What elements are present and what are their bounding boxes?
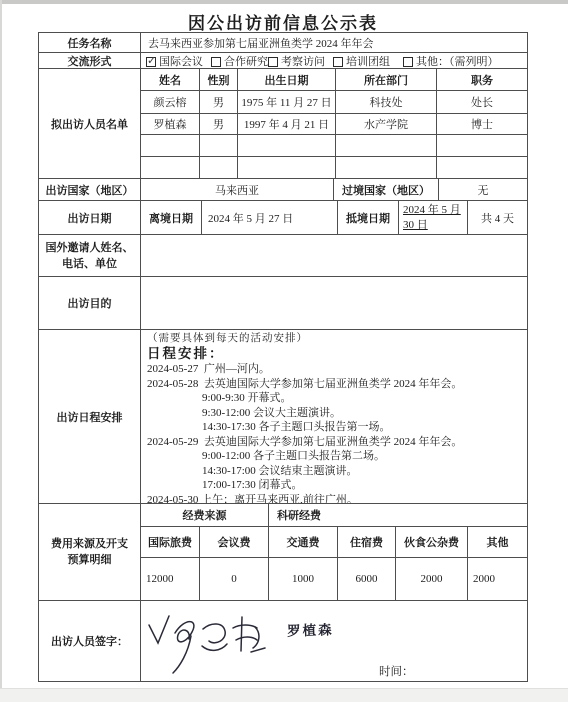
itinerary-line: 2024-05-28 去英迪国际大学参加第七届亚洲鱼类学 2024 年年会。	[147, 377, 523, 392]
table-row: 颜云榕 男 1975 年 11 月 27 日 科技处 处长	[141, 91, 527, 114]
time-label: 时间：	[379, 663, 414, 679]
value-conference-fee: 0	[200, 558, 269, 600]
cell-birthdate: 1975 年 11 月 27 日	[238, 91, 336, 113]
itinerary-line: 9:00-12:00 各子主题口头报告第二场。	[147, 449, 523, 464]
exchange-form-label: 交流形式	[39, 53, 141, 68]
signature-label: 出访人员签字：	[39, 601, 141, 681]
visit-country-value: 马来西亚	[141, 179, 334, 200]
budget-values-row: 12000 0 1000 6000 2000 2000	[141, 558, 527, 600]
cell-department: 水产学院	[336, 114, 437, 134]
itinerary-label: 出访日程安排	[39, 330, 141, 503]
empty-checkbox-icon	[333, 57, 343, 67]
itinerary-row: 出访日程安排 （需要具体到每天的活动安排） 日程安排： 2024-05-27 广…	[39, 330, 527, 504]
scan-edge-bottom	[0, 688, 568, 702]
budget-header-row: 国际旅费 会议费 交通费 住宿费 伙食公杂费 其他	[141, 527, 527, 558]
col-header-lodging-fee: 住宿费	[338, 527, 396, 557]
signature-area: 罗植森 时间：	[141, 601, 527, 681]
signature-scrawl-icon	[145, 609, 285, 675]
value-lodging-fee: 6000	[338, 558, 396, 600]
scan-edge-top	[0, 0, 568, 4]
personnel-label: 拟出访人员名单	[39, 69, 141, 178]
cell-name: 颜云榕	[141, 91, 200, 113]
task-name-row: 任务名称 去马来西亚参加第七届亚洲鱼类学 2024 年年会	[39, 33, 527, 53]
cell-birthdate: 1997 年 4 月 21 日	[238, 114, 336, 134]
empty-checkbox-icon	[403, 57, 413, 67]
budget-label-line2: 预算明细	[68, 552, 112, 568]
cell-position	[437, 135, 527, 156]
option-label: 合作研究	[224, 53, 268, 68]
purpose-row: 出访目的	[39, 277, 527, 330]
exchange-options: 国际会议 合作研究 考察访问 培训团组 其他：（需列明）	[141, 53, 499, 68]
option-label: 国际会议	[159, 53, 203, 68]
col-header-position: 职务	[437, 69, 527, 90]
col-header-gender: 性别	[200, 69, 238, 90]
departure-date-label: 离境日期	[141, 201, 202, 234]
value-meals-misc-fee: 2000	[396, 558, 468, 600]
cell-name	[141, 157, 200, 178]
countries-row: 出访国家（地区） 马来西亚 过境国家（地区） 无	[39, 179, 527, 201]
trip-duration: 共 4 天	[468, 201, 527, 234]
col-header-department: 所在部门	[336, 69, 437, 90]
option-other: 其他：（需列明）	[403, 53, 499, 68]
option-label: 培训团组	[346, 53, 390, 68]
cell-position	[437, 157, 527, 178]
personnel-row: 拟出访人员名单 姓名 性别 出生日期 所在部门 职务 颜云榕 男 1975 年 …	[39, 69, 527, 179]
col-header-intl-travel: 国际旅费	[141, 527, 200, 557]
visit-date-label: 出访日期	[39, 201, 141, 234]
option-label: 其他：（需列明）	[416, 53, 499, 68]
itinerary-note: （需要具体到每天的活动安排）	[147, 332, 523, 345]
visit-info-form: 任务名称 去马来西亚参加第七届亚洲鱼类学 2024 年年会 交流形式 国际会议 …	[38, 32, 528, 682]
itinerary-line: 14:30-17:00 会议结束主题演讲。	[147, 464, 523, 479]
inviter-row: 国外邀请人姓名、 电话、单位	[39, 235, 527, 277]
inviter-label-line1: 国外邀请人姓名、	[46, 240, 134, 256]
arrival-date-line1: 2024 年 5 月	[403, 203, 461, 218]
empty-checkbox-icon	[211, 57, 221, 67]
budget-label: 费用来源及开支 预算明细	[39, 504, 141, 600]
value-transport-fee: 1000	[269, 558, 338, 600]
arrival-date-label: 抵境日期	[338, 201, 399, 234]
scan-edge-left	[0, 0, 2, 690]
itinerary-line: 9:00-9:30 开幕式。	[147, 391, 523, 406]
personnel-header-row: 姓名 性别 出生日期 所在部门 职务	[141, 69, 527, 91]
budget-group-row: 经费来源 科研经费	[141, 504, 527, 527]
page-title: 因公出访前信息公示表	[38, 9, 528, 34]
option-international-conference: 国际会议	[146, 53, 203, 68]
col-header-name: 姓名	[141, 69, 200, 90]
funding-source-group: 经费来源	[141, 504, 269, 526]
dates-row: 出访日期 离境日期 2024 年 5 月 27 日 抵境日期 2024 年 5 …	[39, 201, 527, 235]
handwritten-name: 罗植森	[287, 618, 334, 640]
inviter-label: 国外邀请人姓名、 电话、单位	[39, 235, 141, 276]
research-funds-group: 科研经费	[269, 504, 527, 526]
itinerary-line: 17:00-17:30 闭幕式。	[147, 478, 523, 493]
option-cooperative-research: 合作研究	[211, 53, 268, 68]
empty-checkbox-icon	[268, 57, 278, 67]
cell-gender	[200, 135, 238, 156]
table-row: 罗植森 男 1997 年 4 月 21 日 水产学院 博士	[141, 114, 527, 135]
col-header-conference-fee: 会议费	[200, 527, 269, 557]
option-label: 考察访问	[281, 53, 325, 68]
itinerary-line: 9:30-12:00 会议大主题演讲。	[147, 406, 523, 421]
itinerary-heading: 日程安排：	[147, 345, 523, 362]
table-row	[141, 157, 527, 178]
col-header-other: 其他	[468, 527, 527, 557]
task-name-value: 去马来西亚参加第七届亚洲鱼类学 2024 年年会	[141, 33, 374, 52]
table-row	[141, 135, 527, 157]
exchange-form-row: 交流形式 国际会议 合作研究 考察访问 培训团组 其他：（需列明）	[39, 53, 527, 69]
value-other: 2000	[468, 558, 527, 600]
cell-department: 科技处	[336, 91, 437, 113]
budget-label-line1: 费用来源及开支	[51, 536, 128, 552]
itinerary-line: 14:30-17:30 各子主题口头报告第一场。	[147, 420, 523, 435]
col-header-birthdate: 出生日期	[238, 69, 336, 90]
departure-date-value: 2024 年 5 月 27 日	[202, 201, 338, 234]
visit-country-label: 出访国家（地区）	[39, 179, 141, 200]
budget-table: 经费来源 科研经费 国际旅费 会议费 交通费 住宿费 伙食公杂费 其他 1200…	[141, 504, 527, 600]
option-inspection-visit: 考察访问	[268, 53, 325, 68]
personnel-table: 姓名 性别 出生日期 所在部门 职务 颜云榕 男 1975 年 11 月 27 …	[141, 69, 527, 178]
cell-department	[336, 135, 437, 156]
checked-checkbox-icon	[146, 57, 156, 67]
budget-row: 费用来源及开支 预算明细 经费来源 科研经费 国际旅费 会议费 交通费 住宿费 …	[39, 504, 527, 601]
value-intl-travel: 12000	[141, 558, 200, 600]
inviter-label-line2: 电话、单位	[62, 256, 117, 272]
cell-position: 处长	[437, 91, 527, 113]
cell-name: 罗植森	[141, 114, 200, 134]
itinerary-line: 2024-05-30 上午：离开马来西亚,前往广州。	[147, 493, 523, 504]
arrival-date-line2: 30 日	[403, 218, 428, 233]
cell-name	[141, 135, 200, 156]
cell-gender: 男	[200, 114, 238, 134]
col-header-meals-misc-fee: 伙食公杂费	[396, 527, 468, 557]
signature-row: 出访人员签字： 罗植森 时间：	[39, 601, 527, 681]
itinerary-content: （需要具体到每天的活动安排） 日程安排： 2024-05-27 广州—河内。 2…	[141, 330, 527, 503]
cell-gender: 男	[200, 91, 238, 113]
col-header-transport-fee: 交通费	[269, 527, 338, 557]
task-name-label: 任务名称	[39, 33, 141, 52]
cell-department	[336, 157, 437, 178]
transit-country-value: 无	[439, 179, 527, 200]
arrival-date-value: 2024 年 5 月 30 日	[399, 201, 468, 234]
cell-birthdate	[238, 157, 336, 178]
itinerary-line: 2024-05-27 广州—河内。	[147, 362, 523, 377]
option-training-group: 培训团组	[333, 53, 390, 68]
cell-birthdate	[238, 135, 336, 156]
itinerary-line: 2024-05-29 去英迪国际大学参加第七届亚洲鱼类学 2024 年年会。	[147, 435, 523, 450]
cell-gender	[200, 157, 238, 178]
purpose-label: 出访目的	[39, 277, 141, 329]
cell-position: 博士	[437, 114, 527, 134]
transit-country-label: 过境国家（地区）	[334, 179, 439, 200]
